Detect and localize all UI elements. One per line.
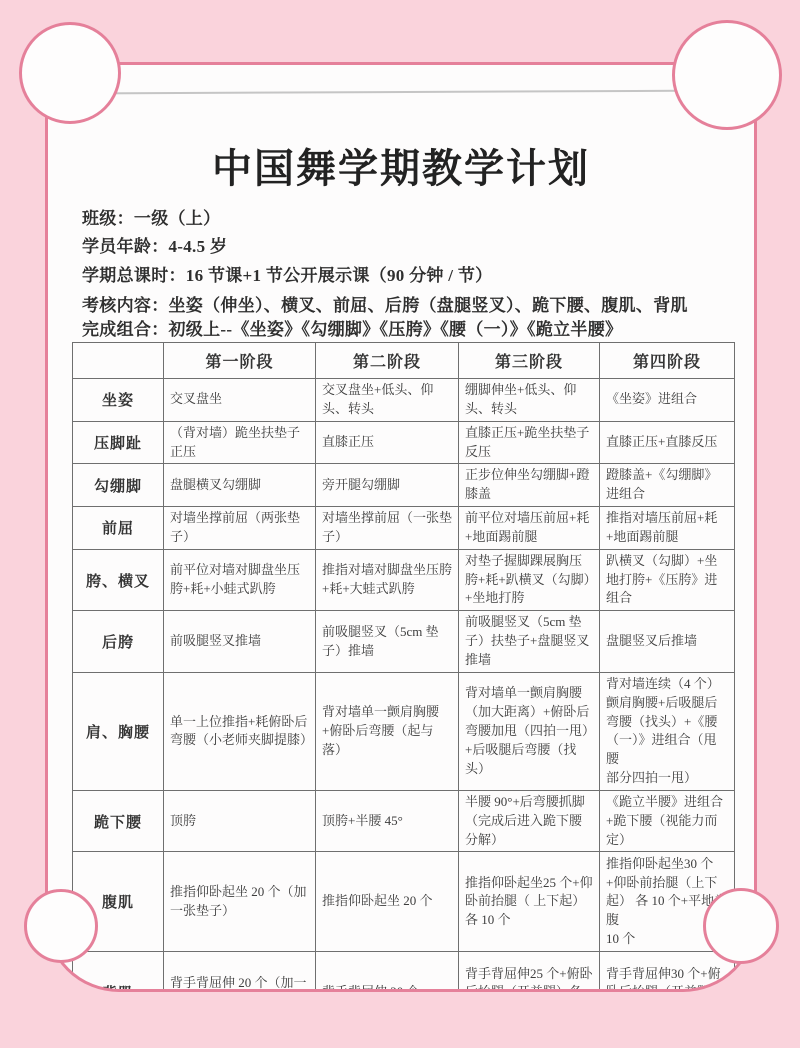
table-cell: 趴横叉（勾脚）+坐地打胯+《压胯》进组合 xyxy=(600,549,735,611)
document-panel: 中国舞学期教学计划 班级：一级（上） 学员年龄：4-4.5 岁 学期总课时：16… xyxy=(45,62,757,992)
table-row: 肩、胸腰 单一上位推指+耗俯卧后弯腰（小老师夹脚提膝） 背对墙单一颤肩胸腰+俯卧… xyxy=(73,672,735,790)
table-cell: 单一上位推指+耗俯卧后弯腰（小老师夹脚提膝） xyxy=(164,672,316,790)
table-row: 胯、横叉 前平位对墙对脚盘坐压胯+耗+小蛙式趴胯 推指对墙对脚盘坐压胯+耗+大蛙… xyxy=(73,549,735,611)
table-cell: 前吸腿竖叉（5cm 垫子）推墙 xyxy=(316,611,459,673)
table-cell: 直膝正压+直膝反压 xyxy=(600,421,735,464)
row-label: 勾绷脚 xyxy=(73,464,164,507)
table-row: 背肌 背手背屈伸 20 个（加一张垫子） 背手背屈伸 20 个 背手背屈伸25 … xyxy=(73,952,735,992)
table-cell: 前平位对墙压前屈+耗+地面踢前腿 xyxy=(459,507,600,550)
table-cell: 推指对墙对脚盘坐压胯+耗+大蛙式趴胯 xyxy=(316,549,459,611)
table-row: 坐姿 交叉盘坐 交叉盘坐+低头、仰头、转头 绷脚伸坐+低头、仰头、转头 《坐姿》… xyxy=(73,379,735,422)
table-cell: 背对墙连续（4 个）颤肩胸腰+后吸腿后弯腰（找头）+《腰（一）》进组合（甩腰 部… xyxy=(600,672,735,790)
corner-decoration-bottom-left xyxy=(24,889,98,963)
table-cell: 推指仰卧起坐25 个+仰卧前抬腿（ 上下起）各 10 个 xyxy=(459,852,600,952)
table-cell: 推指仰卧起坐 20 个（加一张垫子） xyxy=(164,852,316,952)
table-cell: 正步位伸坐勾绷脚+蹬膝盖 xyxy=(459,464,600,507)
table-cell: 背手背屈伸25 个+俯卧后抬腿（开并腿）各 10 个 xyxy=(459,952,600,992)
table-corner-cell xyxy=(73,343,164,379)
table-cell: 背手背屈伸 20 个 xyxy=(316,952,459,992)
table-row: 后胯 前吸腿竖叉推墙 前吸腿竖叉（5cm 垫子）推墙 前吸腿竖叉（5cm 垫子）… xyxy=(73,611,735,673)
corner-decoration-top-right xyxy=(672,20,782,130)
table-cell: 绷脚伸坐+低头、仰头、转头 xyxy=(459,379,600,422)
meta-student-age: 学员年龄：4-4.5 岁 xyxy=(82,232,227,257)
meta-assessment-content: 考核内容：坐姿（伸坐）、横叉、前屈、后胯（盘腿竖叉）、跪下腰、腹肌、背肌 xyxy=(82,291,688,316)
row-label: 肩、胸腰 xyxy=(73,672,164,790)
table-cell: 直膝正压 xyxy=(316,421,459,464)
table-cell: （背对墙）跪坐扶垫子正压 xyxy=(164,421,316,464)
table-cell: 前吸腿竖叉（5cm 垫子）扶垫子+盘腿竖叉推墙 xyxy=(459,611,600,673)
row-label: 背肌 xyxy=(73,952,164,992)
table-header-stage-2: 第二阶段 xyxy=(316,343,459,379)
table-cell: 背手背屈伸 20 个（加一张垫子） xyxy=(164,952,316,992)
table-cell: 前吸腿竖叉推墙 xyxy=(164,611,316,673)
meta-class: 班级：一级（上） xyxy=(82,204,220,229)
teaching-plan-table: 第一阶段 第二阶段 第三阶段 第四阶段 坐姿 交叉盘坐 交叉盘坐+低头、仰头、转… xyxy=(72,342,735,992)
table-row: 压脚趾 （背对墙）跪坐扶垫子正压 直膝正压 直膝正压+跪坐扶垫子反压 直膝正压+… xyxy=(73,421,735,464)
row-label: 跪下腰 xyxy=(73,790,164,852)
table-cell: 前平位对墙对脚盘坐压胯+耗+小蛙式趴胯 xyxy=(164,549,316,611)
table-cell: 蹬膝盖+《勾绷脚》进组合 xyxy=(600,464,735,507)
table-cell: 《坐姿》进组合 xyxy=(600,379,735,422)
document-title: 中国舞学期教学计划 xyxy=(48,137,754,194)
table-cell: 背对墙单一颤肩胸腰+俯卧后弯腰（起与落） xyxy=(316,672,459,790)
table-cell: 背手背屈伸30 个+俯卧后抬腿（开并腿）15 个 xyxy=(600,952,735,992)
table-cell: 推指仰卧起坐 20 个 xyxy=(316,852,459,952)
row-label: 坐姿 xyxy=(73,379,164,422)
table-cell: 半腰 90°+后弯腰抓脚（完成后进入跪下腰分解） xyxy=(459,790,600,852)
row-label: 压脚趾 xyxy=(73,421,164,464)
table-row: 勾绷脚 盘腿横叉勾绷脚 旁开腿勾绷脚 正步位伸坐勾绷脚+蹬膝盖 蹬膝盖+《勾绷脚… xyxy=(73,464,735,507)
table-cell: 《跪立半腰》进组合+跪下腰（视能力而定） xyxy=(600,790,735,852)
table-cell: 直膝正压+跪坐扶垫子反压 xyxy=(459,421,600,464)
table-header-stage-3: 第三阶段 xyxy=(459,343,600,379)
table-cell: 顶胯+半腰 45° xyxy=(316,790,459,852)
table-header-stage-1: 第一阶段 xyxy=(164,343,316,379)
table-cell: 对墙坐撑前屈（两张垫子） xyxy=(164,507,316,550)
scan-edge-line xyxy=(100,90,702,95)
meta-completed-combos: 完成组合：初级上--《坐姿》《勾绷脚》《压胯》《腰（一）》《跪立半腰》 xyxy=(82,315,622,340)
table-header-row: 第一阶段 第二阶段 第三阶段 第四阶段 xyxy=(73,343,735,379)
table-cell: 交叉盘坐 xyxy=(164,379,316,422)
table-row: 跪下腰 顶胯 顶胯+半腰 45° 半腰 90°+后弯腰抓脚（完成后进入跪下腰分解… xyxy=(73,790,735,852)
table-row: 腹肌 推指仰卧起坐 20 个（加一张垫子） 推指仰卧起坐 20 个 推指仰卧起坐… xyxy=(73,852,735,952)
meta-total-hours: 学期总课时：16 节课+1 节公开展示课（90 分钟 / 节） xyxy=(82,261,492,286)
table-cell: 对墙坐撑前屈（一张垫子） xyxy=(316,507,459,550)
table-cell: 背对墙单一颤肩胸腰（加大距离）+俯卧后弯腰加甩（四拍一甩）+后吸腿后弯腰（找头） xyxy=(459,672,600,790)
table-cell: 顶胯 xyxy=(164,790,316,852)
corner-decoration-bottom-right xyxy=(703,888,779,964)
corner-decoration-top-left xyxy=(19,22,121,124)
table-cell: 对垫子握脚踝展胸压胯+耗+趴横叉（勾脚）+坐地打胯 xyxy=(459,549,600,611)
table-row: 前屈 对墙坐撑前屈（两张垫子） 对墙坐撑前屈（一张垫子） 前平位对墙压前屈+耗+… xyxy=(73,507,735,550)
table-header-stage-4: 第四阶段 xyxy=(600,343,735,379)
row-label: 后胯 xyxy=(73,611,164,673)
table-cell: 旁开腿勾绷脚 xyxy=(316,464,459,507)
table-cell: 盘腿横叉勾绷脚 xyxy=(164,464,316,507)
table-cell: 推指对墙压前屈+耗+地面踢前腿 xyxy=(600,507,735,550)
table-cell: 盘腿竖叉后推墙 xyxy=(600,611,735,673)
row-label: 前屈 xyxy=(73,507,164,550)
table-cell: 交叉盘坐+低头、仰头、转头 xyxy=(316,379,459,422)
row-label: 胯、横叉 xyxy=(73,549,164,611)
